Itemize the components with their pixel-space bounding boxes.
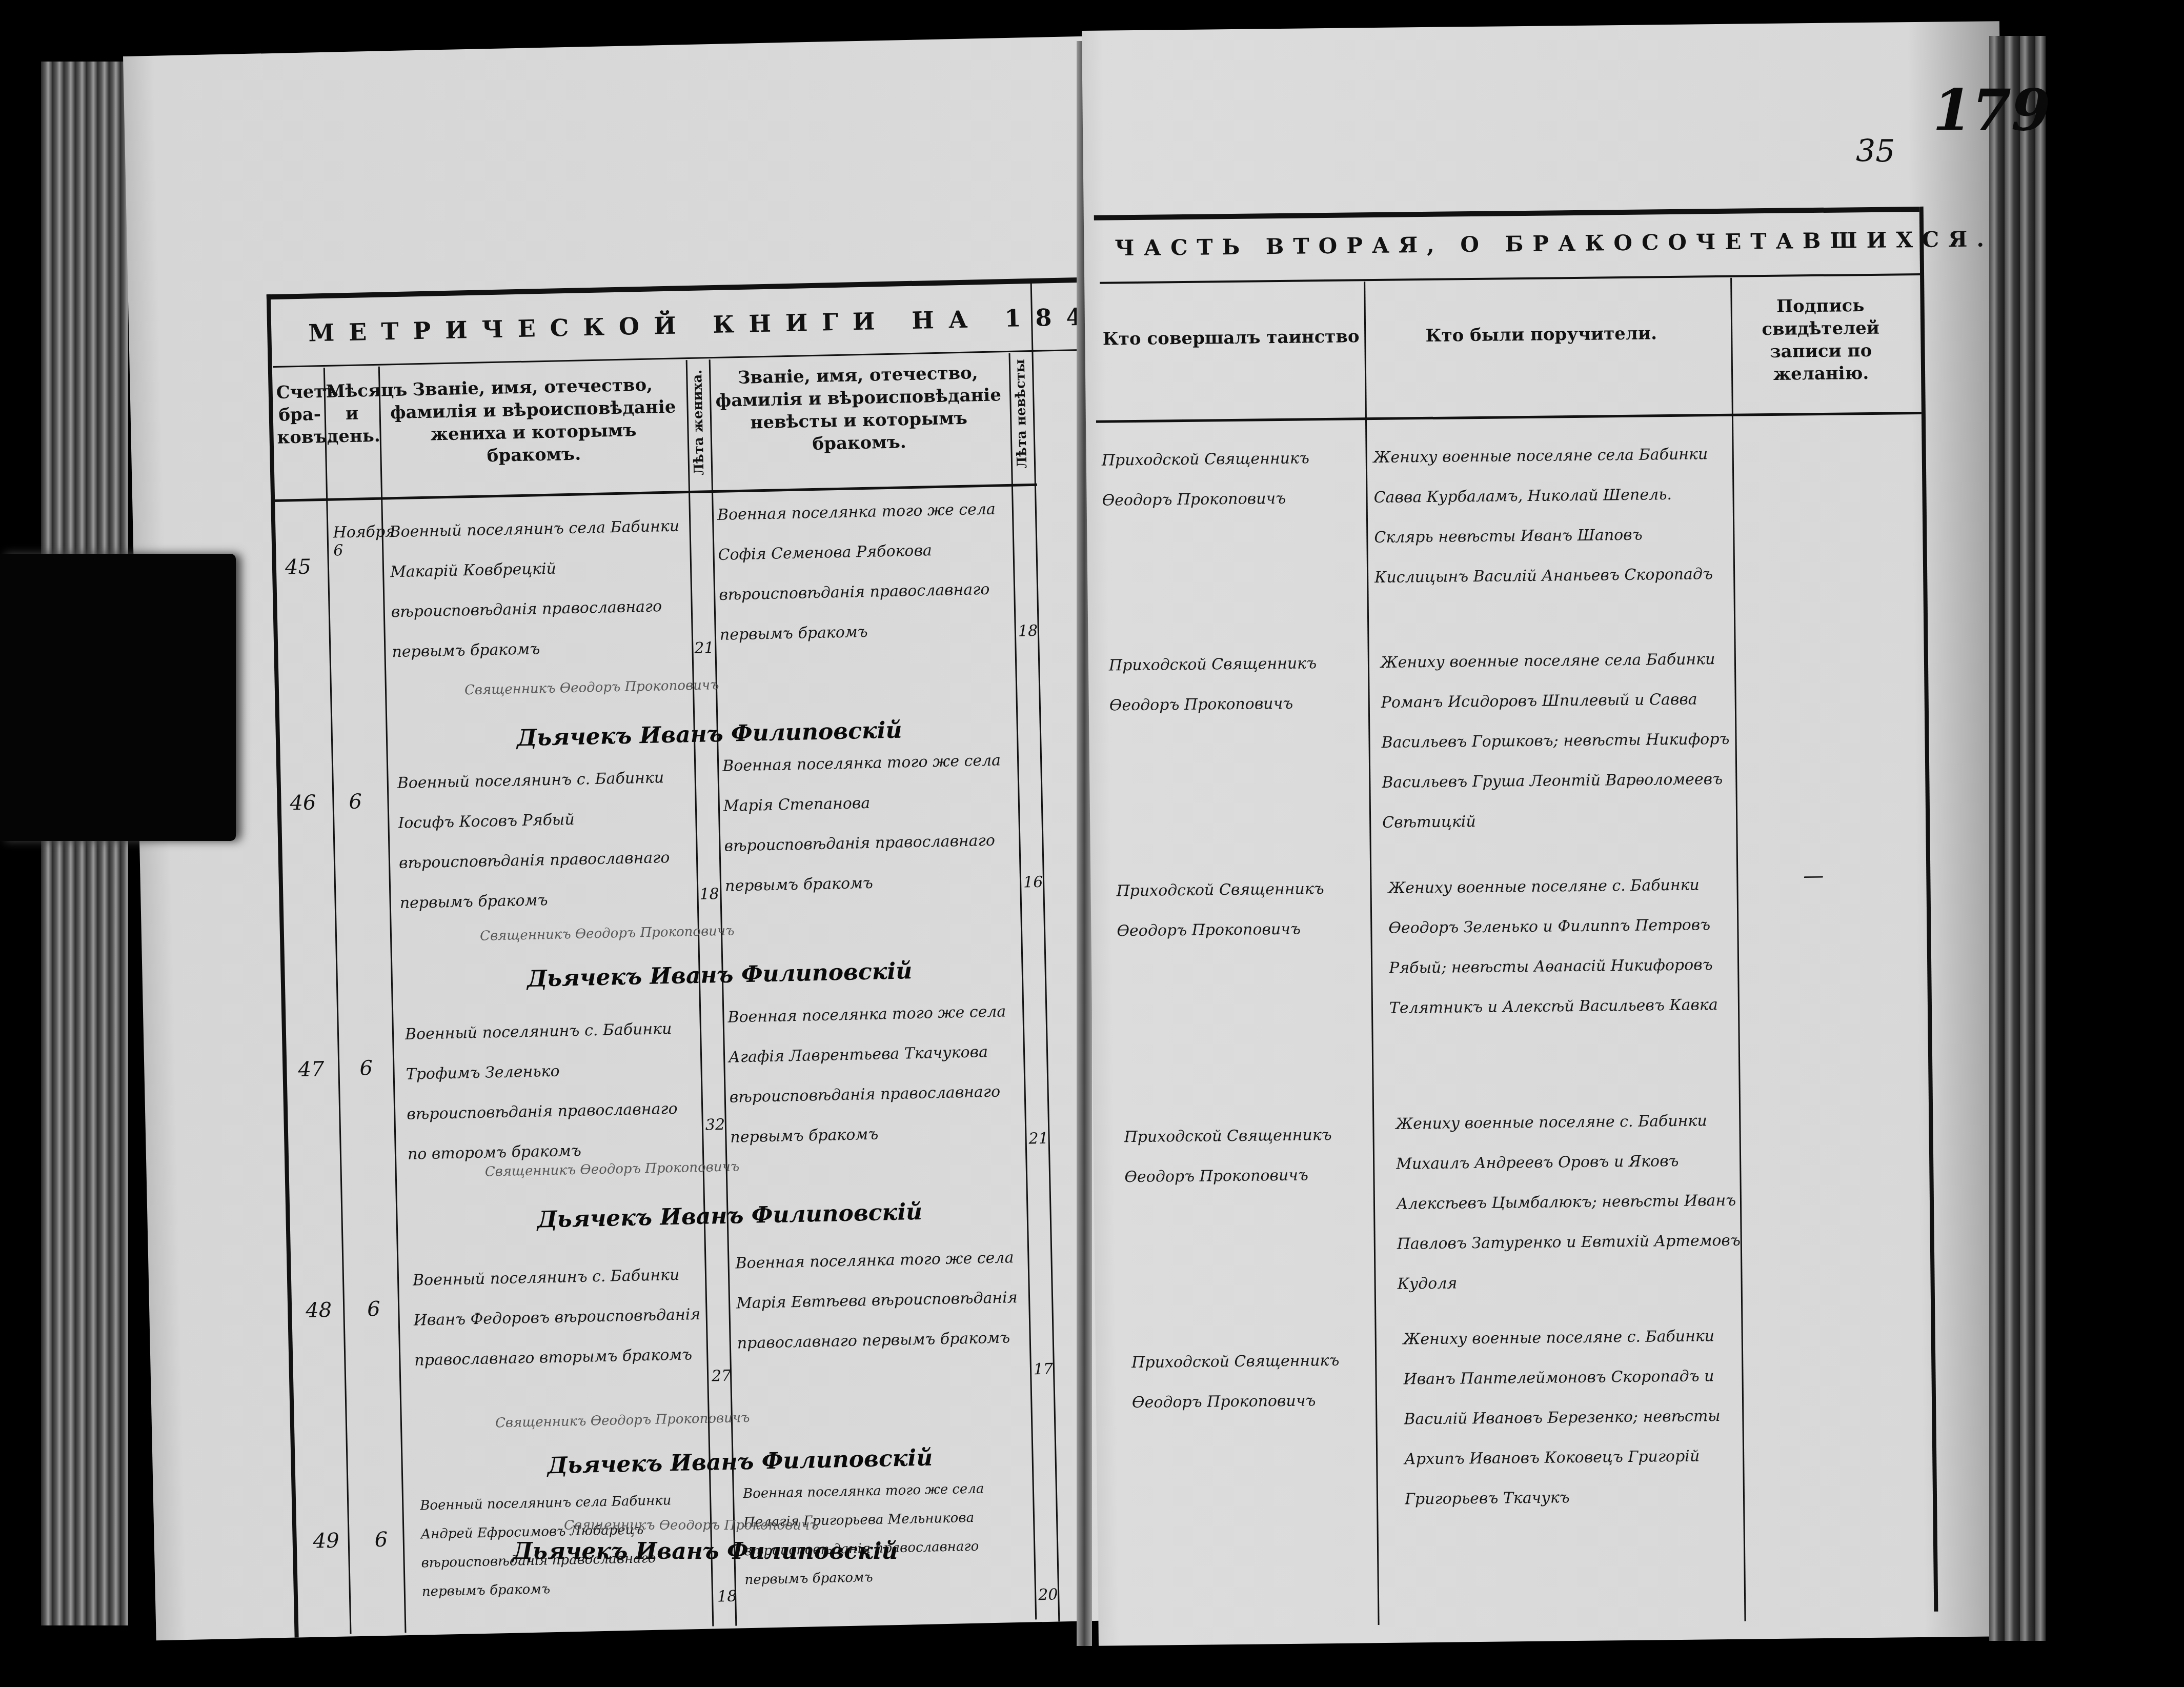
entry-number: 48 (306, 1298, 332, 1322)
bride-age: 20 (1038, 1585, 1058, 1604)
groom-text: Военный поселянинъ села Бабинки Макарій … (389, 506, 687, 672)
sureties-text: Жениху военные поселяне села Бабинки Ром… (1381, 639, 1731, 843)
bride-text: Военная поселянка того же села Марія Евт… (735, 1238, 1030, 1364)
bride-text: Военная поселянка того же села Марія Сте… (722, 740, 1017, 907)
clerk-signature: Дьячекъ Иванъ Филиповскій (547, 1445, 933, 1479)
officiant-text: Приходской Священникъ Ѳеодоръ Прокопович… (1116, 869, 1373, 951)
clerk-signature: Дьячекъ Иванъ Филиповскій (537, 1199, 922, 1233)
entry-date: 6 (349, 790, 362, 814)
header-bottom-rule (1096, 412, 1922, 423)
col-header-groom-age: Лѣта жениха. (690, 372, 707, 475)
groom-text: Военный поселянинъ с. Бабинки Трофимъ Зе… (405, 1009, 702, 1175)
officiant-text: Приходской Священникъ Ѳеодоръ Прокопович… (1109, 643, 1366, 726)
clerk-signature: Дьячекъ Иванъ Филиповскій (527, 958, 912, 992)
col-divider (686, 360, 714, 1626)
col-header-bride-age: Лѣта невѣсты (1013, 355, 1030, 469)
priest-signature: Священникъ Ѳеодоръ Прокоповичъ (480, 923, 735, 943)
frame-left-rule (267, 294, 299, 1638)
frame-right-rule (1919, 207, 1938, 1612)
groom-text: Военный поселянинъ с. Бабинки Иванъ Федо… (412, 1255, 710, 1381)
sureties-text: Жениху военные поселяне села Бабинки Сав… (1373, 434, 1723, 598)
col-header-bride: Званіе, имя, отечество, фамилія и вѣроис… (714, 361, 1003, 457)
book-page-edges-right (1989, 36, 2046, 1641)
left-page: МЕТРИЧЕСКОЙ КНИГИ НА 184 ГОДЪ, Счетъ бра… (123, 36, 1130, 1640)
right-page-title: ЧАСТЬ ВТОРАЯ, О БРАКОСОЧЕТАВШИХСЯ. (1115, 226, 1993, 260)
bride-text: Военная поселянка того же села Софія Сем… (717, 489, 1012, 655)
groom-age: 27 (712, 1367, 732, 1385)
col-header-groom: Званіе, имя, отечество, фамилія и вѣроис… (383, 373, 683, 469)
groom-age: 18 (699, 885, 719, 903)
entry-date: 6 (367, 1297, 380, 1321)
old-folio-number: 35 (1856, 133, 1895, 169)
officiant-text: Приходской Священникъ Ѳеодоръ Прокопович… (1101, 438, 1359, 520)
col-header-count: Счетъ бра-ковъ. (276, 380, 323, 449)
col-divider (1030, 278, 1060, 1621)
witness-signature-mark: — (1803, 864, 1824, 888)
col-header-date: Мѣсяцъ и день. (326, 379, 378, 448)
bride-age: 18 (1018, 622, 1038, 640)
entry-date: Ноября 6 (333, 523, 379, 560)
groom-age: 21 (694, 639, 714, 657)
bride-text: Военная поселянка того же села Агафія Ла… (727, 992, 1023, 1158)
book-clip (0, 554, 236, 841)
bride-text: Военная поселянка того же села Пелагія Г… (742, 1473, 1035, 1594)
bride-age: 21 (1028, 1130, 1048, 1148)
clerk-signature: Дьячекъ Иванъ Филиповскій (513, 1538, 898, 1564)
sureties-text: Жениху военные поселяне с. Бабинки Ѳеодо… (1388, 865, 1738, 1029)
col-divider (1009, 353, 1037, 1620)
sureties-text: Жениху военные поселяне с. Бабинки Михаи… (1396, 1101, 1746, 1304)
entry-number: 46 (290, 791, 316, 815)
book-page-edges-left (41, 62, 128, 1625)
col-header-witness-signatures: Подпись свидѣтелей записи по желанію. (1735, 294, 1906, 386)
entry-number: 49 (313, 1529, 339, 1553)
priest-signature: Священникъ Ѳеодоръ Прокоповичъ (464, 677, 719, 698)
groom-age: 18 (717, 1588, 737, 1606)
bride-age: 16 (1023, 873, 1043, 892)
priest-signature: Священникъ Ѳеодоръ Прокоповичъ (495, 1410, 750, 1431)
title-underline (1100, 273, 1920, 284)
folio-number: 179 (1933, 77, 2051, 143)
col-header-sureties: Кто были поручители. (1372, 322, 1710, 348)
bride-age: 17 (1034, 1360, 1054, 1379)
priest-signature: Священникъ Ѳеодоръ Прокоповичъ (564, 1518, 818, 1533)
sureties-text: Жениху военные поселяне с. Бабинки Иванъ… (1403, 1316, 1753, 1519)
col-header-officiant: Кто совершалъ таинство (1100, 325, 1362, 350)
entry-number: 45 (285, 555, 311, 579)
entry-date: 6 (359, 1056, 373, 1080)
groom-age: 32 (705, 1116, 725, 1134)
right-page: ЧАСТЬ ВТОРАЯ, О БРАКОСОЧЕТАВШИХСЯ. Кто с… (1082, 21, 2016, 1646)
entry-date: 6 (374, 1528, 388, 1552)
groom-text: Военный поселянинъ с. Бабинки Іосифъ Кос… (397, 757, 695, 923)
frame-top-rule (267, 277, 1092, 300)
entry-number: 47 (298, 1057, 325, 1081)
officiant-text: Приходской Священникъ Ѳеодоръ Прокопович… (1124, 1115, 1381, 1197)
officiant-text: Приходской Священникъ Ѳеодоръ Прокопович… (1131, 1340, 1389, 1423)
frame-top-rule (1094, 207, 1919, 220)
